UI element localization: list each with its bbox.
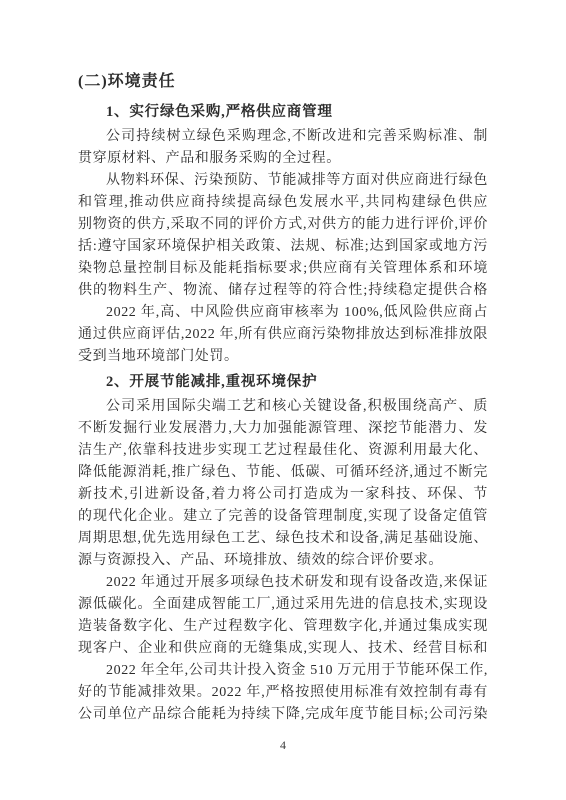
text-line: 和管理,推动供应商持续提高绿色发展水平,共同构建绿色供应链。根据不同类 xyxy=(78,192,488,214)
text-line: 别物资的供方,采取不同的评价方式,对供方的能力进行评价,评价的内容还包 xyxy=(78,214,488,236)
text-line: 通过供应商评估,2022 年,所有供应商污染物排放达到标准排放限值要求,未 xyxy=(78,324,488,346)
text-line: 不断发掘行业发展潜力,大力加强能源管理、深挖节能潜力、发展循环经济和清 xyxy=(78,418,488,440)
text-line: 源低碳化。全面建成智能工厂,通过采用先进的信息技术,实现设计数字化、制 xyxy=(78,594,488,616)
section-heading: (二)环境责任 xyxy=(78,66,488,98)
text-line: 2022 年通过开展多项绿色技术研发和现有设备改造,来保证绿色生产和能 xyxy=(78,572,488,594)
text-line: 现客户、企业和供应商的无缝集成,实现人、技术、经营目标和管理方法的集成。 xyxy=(78,638,488,660)
text-line: 从物料环保、污染预防、节能减排等方面对供应商进行绿色伙伴认证,选择 xyxy=(78,170,488,192)
text-line: 供的物料生产、物流、储存过程等的符合性;持续稳定提供合格产品的能力。 xyxy=(78,280,488,302)
text-line: 括:遵守国家环境保护相关政策、法规、标准;达到国家或地方污染物排放、污 xyxy=(78,236,488,258)
text-line: 洁生产,依靠科技进步实现工艺过程最佳化、资源利用最大化、废弃物资源化, xyxy=(78,440,488,462)
text-line: 源与资源投入、产品、环境排放、绩效的综合评价要求。 xyxy=(78,550,488,572)
text-line: 新技术,引进新设备,着力将公司打造成为一家科技、环保、节能、清洁、文明 xyxy=(78,484,488,506)
text-line: 公司持续树立绿色采购理念,不断改进和完善采购标准、制度,将绿色采购 xyxy=(78,126,488,148)
text-line: 降低能源消耗,推广绿色、节能、低碳、可循环经济,通过不断完善工艺,应用 xyxy=(78,462,488,484)
page-number: 4 xyxy=(0,738,566,753)
text-line: 周期思想,优先选用绿色工艺、绿色技术和设备,满足基础设施、管理体系、能 xyxy=(78,528,488,550)
text-line: 2022 年,高、中风险供应商审核率为 100%,低风险供应商占比为 95.65… xyxy=(78,302,488,324)
text-line: 贯穿原材料、产品和服务采购的全过程。 xyxy=(78,148,488,170)
text-line: 2022 年全年,公司共计投入资金 510 万元用于节能环保工作,并取得了良 xyxy=(78,660,488,682)
text-line: 好的节能减排效果。2022 年,严格按照使用标准有效控制有毒有害物质的使用; xyxy=(78,682,488,704)
subsection-heading-energy-saving: 2、开展节能减排,重视环境保护 xyxy=(78,368,488,396)
text-line: 受到当地环境部门处罚。 xyxy=(78,346,488,368)
text-line: 的现代化企业。建立了完善的设备管理制度,实现了设备定值管理;引入了生命 xyxy=(78,506,488,528)
text-line: 造装备数字化、生产过程数字化、管理数字化,并通过集成实现企业数字化;实 xyxy=(78,616,488,638)
document-content: (二)环境责任 1、实行绿色采购,严格供应商管理 公司持续树立绿色采购理念,不断… xyxy=(0,0,566,726)
subsection-heading-green-procurement: 1、实行绿色采购,严格供应商管理 xyxy=(78,98,488,126)
text-line: 染物总量控制目标及能耗指标要求;供应商有关管理体系和环境绩效;供应商提 xyxy=(78,258,488,280)
document-page: (二)环境责任 1、实行绿色采购,严格供应商管理 公司持续树立绿色采购理念,不断… xyxy=(0,0,566,800)
text-line: 公司采用国际尖端工艺和核心关键设备,积极围绕高产、质优、低耗、环保, xyxy=(78,396,488,418)
text-line: 公司单位产品综合能耗为持续下降,完成年度节能目标;公司污染物排放达到标 xyxy=(78,704,488,726)
